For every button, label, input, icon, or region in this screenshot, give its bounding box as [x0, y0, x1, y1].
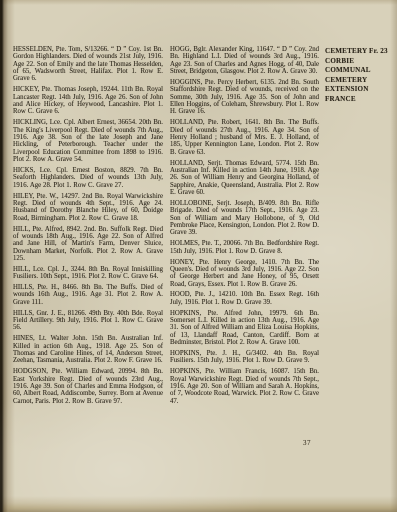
margin-note-line: FRANCE	[325, 95, 395, 105]
register-entry: HODGSON, Pte. William Edward, 20994. 8th…	[13, 368, 163, 405]
margin-note-line: COMMUNAL	[325, 66, 395, 76]
register-entry: HILLS, Gnr. J. E., 81266. 49th Bty. 40th…	[13, 310, 163, 332]
register-entry: HOPKINS, Pte. Alfred John, 19979. 6th Bn…	[170, 310, 319, 347]
register-entry: HESSELDEN, Pte. Tom, S/13266. “ D ” Coy.…	[13, 46, 163, 83]
register-entry: HOPKINS, Pte. J. H., G/3402. 4th Bn. Roy…	[170, 350, 319, 365]
register-entry: HILL, Lce. Cpl. J., 3244. 8th Bn. Royal …	[13, 266, 163, 281]
register-entry: HILEY, Pte. W., 14297. 2nd Bn. Royal War…	[13, 193, 163, 222]
register-entry: HOGG, Bglr. Alexander King, 11647. “ D ”…	[170, 46, 319, 75]
register-entry: HOPKINS, Pte. William Francis, 16087. 15…	[170, 368, 319, 405]
register-entry: HONEY, Pte. Henry George, 1410. 7th Bn. …	[170, 259, 319, 288]
register-column-right: HOGG, Bglr. Alexander King, 11647. “ D ”…	[170, 46, 319, 409]
margin-note-line: CEMETERY Fr. 23	[325, 47, 395, 57]
register-entry: HOLLAND, Serjt. Thomas Edward, 5774. 15t…	[170, 160, 319, 197]
register-entry: HOGGINS, Pte. Percy Herbert, 6135. 2nd B…	[170, 79, 319, 116]
register-column-left: HESSELDEN, Pte. Tom, S/13266. “ D ” Coy.…	[13, 46, 163, 409]
register-entry: HICKS, Lce. Cpl. Ernest Boston, 8829. 7t…	[13, 167, 163, 189]
margin-note-line: CEMETERY	[325, 76, 395, 86]
register-entry: HOLLOBONE, Serjt. Joseph, B/409. 8th Bn.…	[170, 200, 319, 237]
margin-note-line: EXTENSION	[325, 85, 395, 95]
register-entry: HICKLING, Lce. Cpl. Albert Ernest, 36654…	[13, 119, 163, 163]
book-page: HESSELDEN, Pte. Tom, S/13266. “ D ” Coy.…	[0, 0, 397, 512]
register-entry: HOLLAND, Pte. Robert, 1641. 8th Bn. The …	[170, 119, 319, 156]
register-entry: HILLS, Pte. H., 8466. 8th Bn. The Buffs.…	[13, 284, 163, 306]
register-entry: HOLMES, Pte. T., 20066. 7th Bn. Bedfords…	[170, 240, 319, 255]
register-entry: HILL, Pte. Alfred, 8942. 2nd. Bn. Suffol…	[13, 226, 163, 263]
cemetery-margin-note: CEMETERY Fr. 23 CORBIE COMMUNAL CEMETERY…	[325, 47, 395, 104]
register-entry: HOOD, Pte. J., 14210. 10th Bn. Essex Reg…	[170, 291, 319, 306]
page-number: 37	[303, 439, 311, 447]
register-entry: HICKEY, Pte. Thomas Joseph, 19244. 11th …	[13, 86, 163, 115]
register-entry: HINES, Lt. Walter John. 15th Bn. Austral…	[13, 335, 163, 364]
margin-note-line: CORBIE	[325, 57, 395, 67]
